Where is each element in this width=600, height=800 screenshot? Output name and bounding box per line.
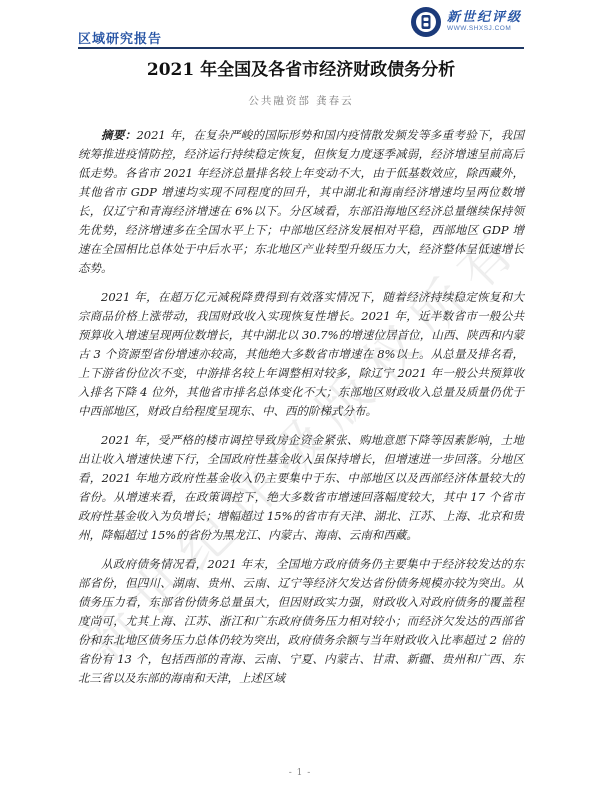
- body-text: 摘要：2021 年，在复杂严峻的国际形势和国内疫情散发频发等多重考验下，我国统筹…: [78, 126, 524, 688]
- abstract-paragraph: 摘要：2021 年，在复杂严峻的国际形势和国内疫情散发频发等多重考验下，我国统筹…: [78, 126, 524, 278]
- brand-name: 新世纪评级: [447, 11, 522, 25]
- brand-url: WWW.SHXSJ.COM: [447, 25, 511, 33]
- page-title: 2021 年全国及各省市经济财政债务分析: [78, 58, 524, 82]
- page-number: - 1 -: [0, 768, 600, 778]
- body-paragraph-government-debt: 从政府债务情况看，2021 年末，全国地方政府债务仍主要集中于经济较发达的东部省…: [78, 555, 524, 688]
- abstract-text: 2021 年，在复杂严峻的国际形势和国内疫情散发频发等多重考验下，我国统筹推进疫…: [78, 128, 524, 275]
- document-page: 新世纪评级版权所有 区域研究报告 新世纪评级 WWW.SHXSJ.COM 202…: [0, 0, 600, 800]
- header-divider: [78, 47, 524, 49]
- logo-text-block: 新世纪评级 WWW.SHXSJ.COM: [447, 11, 522, 33]
- document-content: 2021 年全国及各省市经济财政债务分析 公共融资部 龚春云 摘要：2021 年…: [78, 58, 524, 698]
- body-paragraph-government-funds: 2021 年，受严格的楼市调控导致房企资金紧张、购地意愿下降等因素影响，土地出让…: [78, 431, 524, 545]
- abstract-label: 摘要：: [101, 128, 136, 142]
- company-emblem-icon: [410, 6, 442, 38]
- body-paragraph-fiscal-revenue: 2021 年，在超万亿元减税降费得到有效落实情况下，随着经济持续稳定恢复和大宗商…: [78, 288, 524, 421]
- byline: 公共融资部 龚春云: [78, 93, 524, 108]
- report-type-label: 区域研究报告: [78, 28, 162, 47]
- company-logo: 新世纪评级 WWW.SHXSJ.COM: [410, 6, 522, 38]
